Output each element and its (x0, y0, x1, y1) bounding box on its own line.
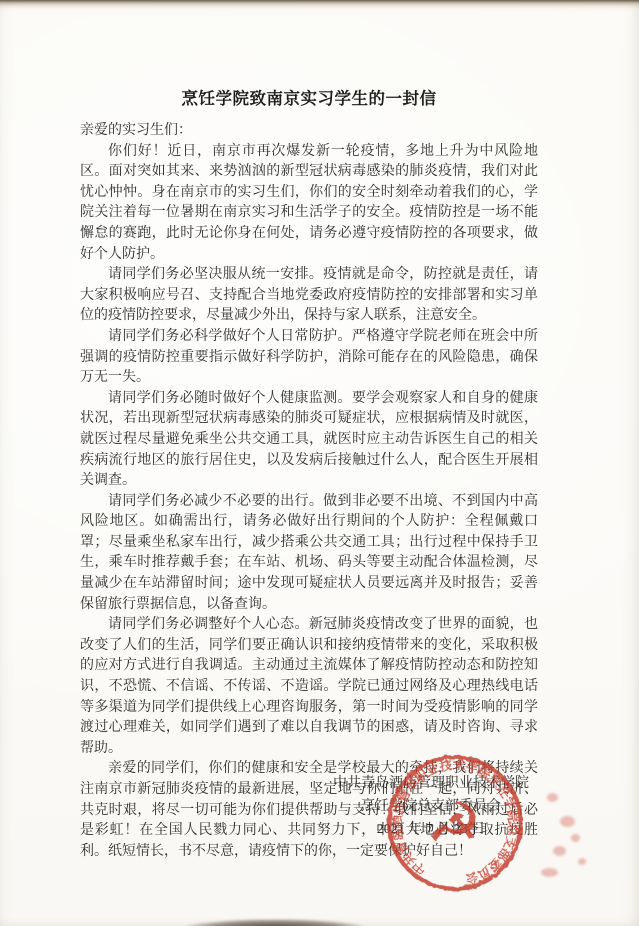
letter-salutation: 亲爱的实习生们： (80, 121, 538, 142)
scan-bottom-smudge (185, 919, 365, 926)
scanned-letter-page: 烹饪学院致南京实习学生的一封信 亲爱的实习生们： 你们好！近日，南京市再次爆发新… (0, 0, 639, 926)
letter-title: 烹饪学院致南京实习学生的一封信 (80, 85, 538, 109)
signature-org-line1: 中共青岛酒店管理职业技术学院 (281, 772, 581, 795)
seal-ink-smudge (541, 868, 558, 877)
signature-block: 中共青岛酒店管理职业技术学院 烹饪学院总支部委员会 2021 年 7 月 23 … (281, 772, 581, 841)
letter-paragraph-6: 请同学们务必调整好个人心态。新冠肺炎疫情改变了世界的面貌，也改变了人们的生活，同… (80, 615, 538, 759)
scan-top-edge (0, 0, 639, 14)
letter-paragraph-1: 你们好！近日，南京市再次爆发新一轮疫情，多地上升为中风险地区。面对突如其来、来势… (80, 142, 538, 266)
seal-ink-smudge (553, 846, 566, 856)
letter-paragraph-4: 请同学们务必随时做好个人健康监测。要学会观察家人和自身的健康状况，若出现新型冠状… (80, 389, 538, 492)
seal-ink-smudge (578, 858, 586, 865)
letter-body: 亲爱的实习生们： 你们好！近日，南京市再次爆发新一轮疫情，多地上升为中风险地区。… (80, 121, 538, 862)
signature-date: 2021 年 7 月 23 日 (281, 818, 581, 841)
signature-org-line2: 烹饪学院总支部委员会 (281, 795, 581, 818)
letter-paragraph-2: 请同学们务必坚决服从统一安排。疫情就是命令，防控就是责任，请大家积极响应号召、支… (80, 265, 538, 327)
letter-paragraph-5: 请同学们务必减少不必要的出行。做到非必要不出境、不到国内中高风险地区。如确需出行… (80, 492, 538, 616)
letter-paragraph-3: 请同学们务必科学做好个人日常防护。严格遵守学院老师在班会中所强调的疫情防控重要指… (80, 327, 538, 389)
